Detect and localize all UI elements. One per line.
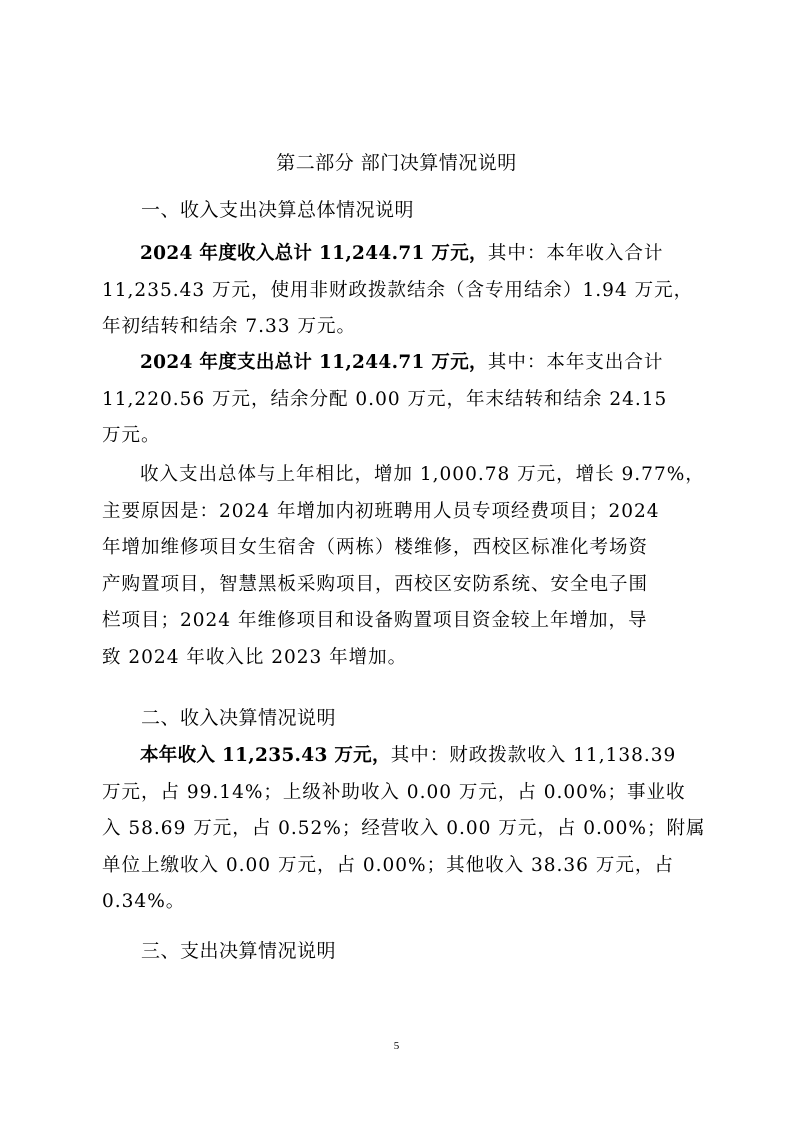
paragraph-line: 单位上缴收入 0.00 万元，占 0.00%；其他收入 38.36 万元，占: [102, 848, 692, 885]
paragraph-line: 收入支出总体与上年相比，增加 1,000.78 万元，增长 9.77%，: [102, 457, 692, 494]
document-page: 第二部分 部门决算情况说明 一、收入支出决算总体情况说明 2024 年度收入总计…: [0, 0, 793, 1122]
section-heading-2: 二、收入决算情况说明: [141, 703, 336, 730]
paragraph-line: 2024 年度支出总计 11,244.71 万元，其中：本年支出合计: [102, 345, 692, 382]
page-number: 5: [0, 1040, 793, 1052]
line-text: 其中：财政拨款收入 11,138.39: [391, 745, 677, 766]
line-text: 其中：本年支出合计: [488, 352, 664, 373]
paragraph-line: 主要原因是：2024 年增加内初班聘用人员专项经费项目；2024: [102, 494, 692, 531]
paragraph-line: 11,235.43 万元，使用非财政拨款结余（含专用结余）1.94 万元，: [102, 273, 692, 310]
paragraph-income-breakdown: 本年收入 11,235.43 万元，其中：财政拨款收入 11,138.39 万元…: [102, 738, 692, 921]
paragraph-line: 11,220.56 万元，结余分配 0.00 万元，年末结转和结余 24.15: [102, 382, 692, 419]
paragraph-income-total: 2024 年度收入总计 11,244.71 万元，其中：本年收入合计 11,23…: [102, 236, 692, 346]
paragraph-line: 万元，占 99.14%；上级补助收入 0.00 万元，占 0.00%；事业收: [102, 775, 692, 812]
page-title: 第二部分 部门决算情况说明: [0, 148, 793, 175]
bold-lead: 2024 年度支出总计 11,244.71 万元，: [140, 352, 488, 373]
section-heading-1: 一、收入支出决算总体情况说明: [141, 195, 414, 222]
paragraph-expenditure-total: 2024 年度支出总计 11,244.71 万元，其中：本年支出合计 11,22…: [102, 345, 692, 455]
paragraph-line: 本年收入 11,235.43 万元，其中：财政拨款收入 11,138.39: [102, 738, 692, 775]
bold-lead: 2024 年度收入总计 11,244.71 万元，: [140, 243, 488, 264]
paragraph-yoy-comparison: 收入支出总体与上年相比，增加 1,000.78 万元，增长 9.77%， 主要原…: [102, 457, 692, 676]
paragraph-line: 年增加维修项目女生宿舍（两栋）楼维修，西校区标准化考场资: [102, 530, 692, 567]
line-text: 其中：本年收入合计: [488, 243, 664, 264]
paragraph-line: 万元。: [102, 418, 692, 455]
paragraph-line: 栏项目；2024 年维修项目和设备购置项目资金较上年增加，导: [102, 603, 692, 640]
section-heading-3: 三、支出决算情况说明: [141, 936, 336, 963]
bold-lead: 本年收入 11,235.43 万元，: [140, 745, 391, 766]
paragraph-line: 年初结转和结余 7.33 万元。: [102, 309, 692, 346]
paragraph-line: 致 2024 年收入比 2023 年增加。: [102, 640, 692, 677]
paragraph-line: 入 58.69 万元，占 0.52%；经营收入 0.00 万元，占 0.00%；…: [102, 811, 692, 848]
paragraph-line: 0.34%。: [102, 884, 692, 921]
paragraph-line: 产购置项目，智慧黑板采购项目，西校区安防系统、安全电子围: [102, 567, 692, 604]
paragraph-line: 2024 年度收入总计 11,244.71 万元，其中：本年收入合计: [102, 236, 692, 273]
